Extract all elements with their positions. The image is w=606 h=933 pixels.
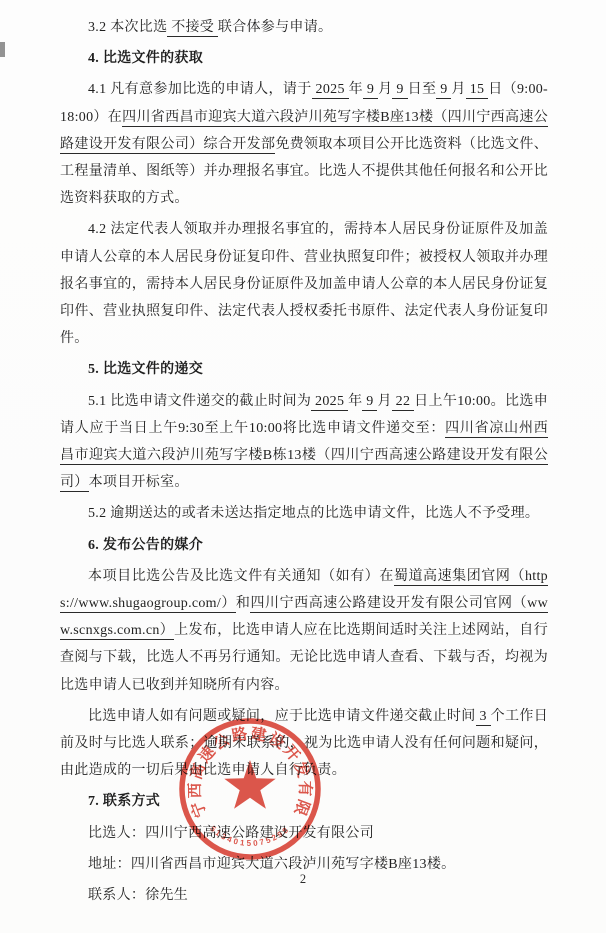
- text-segment: 3.2 本次比选: [88, 20, 167, 35]
- text-segment: 本项目开标室。: [89, 475, 189, 490]
- underlined-value: 2025: [312, 82, 349, 99]
- underlined-value: 2025: [311, 394, 348, 411]
- paragraph: 4.1 凡有意参加比选的申请人，请于 2025 年 9 月 9 日至 9 月 1…: [60, 76, 548, 212]
- text-segment: 月: [451, 82, 465, 97]
- text-segment: 4.1 凡有意参加比选的申请人，请于: [88, 82, 312, 97]
- text-segment: 本项目比选公告及比选文件有关通知（如有）在: [88, 569, 394, 584]
- section-heading: 4. 比选文件的获取: [60, 45, 548, 72]
- document-page: 3.2 本次比选 不接受 联合体参与申请。4. 比选文件的获取4.1 凡有意参加…: [0, 0, 606, 933]
- text-segment: 地址：四川省西昌市迎宾大道六段泸川苑写字楼B座13楼。: [88, 857, 455, 872]
- paragraph: 本项目比选公告及比选文件有关通知（如有）在蜀道高速集团官网（https://ww…: [60, 563, 548, 699]
- text-segment: 4.2 法定代表人领取并办理报名事宜的，需持本人居民身份证原件及加盖申请人公章的…: [60, 222, 548, 346]
- text-segment: 月: [377, 394, 391, 409]
- text-segment: 5. 比选文件的递交: [88, 362, 203, 377]
- underlined-value: 15: [466, 82, 488, 99]
- section-heading: 5. 比选文件的递交: [60, 356, 548, 383]
- document-body: 3.2 本次比选 不接受 联合体参与申请。4. 比选文件的获取4.1 凡有意参加…: [60, 14, 548, 909]
- text-segment: 和: [236, 596, 251, 611]
- text-segment: 比选人：四川宁西高速公路建设开发有限公司: [88, 826, 374, 841]
- paragraph: 5.1 比选申请文件递交的截止时间为 2025 年 9 月 22 日上午10:0…: [60, 388, 548, 497]
- underlined-value: 9: [362, 394, 377, 411]
- text-segment: 5.1 比选申请文件递交的截止时间为: [88, 394, 311, 409]
- paragraph: 比选人：四川宁西高速公路建设开发有限公司: [60, 820, 548, 847]
- underlined-value: 9: [436, 82, 451, 99]
- text-segment: 比选申请人如有问题或疑问，应于比选申请文件递交截止时间: [88, 709, 476, 724]
- text-segment: 4. 比选文件的获取: [88, 51, 203, 66]
- underlined-value: 3: [476, 709, 491, 726]
- scan-artifact: [0, 42, 5, 57]
- underlined-value: 9: [392, 82, 407, 99]
- text-segment: 日至: [408, 82, 437, 97]
- text-segment: 联系人：徐先生: [88, 888, 188, 903]
- underlined-value: 9: [363, 82, 378, 99]
- text-segment: 5.2 逾期送达的或者未送达指定地点的比选申请文件，比选人不予受理。: [88, 506, 539, 521]
- page-number: 2: [0, 872, 606, 887]
- paragraph: 3.2 本次比选 不接受 联合体参与申请。: [60, 14, 548, 41]
- text-segment: 6. 发布公告的媒介: [88, 538, 203, 553]
- underlined-value: 不接受: [167, 20, 218, 37]
- section-heading: 7. 联系方式: [60, 788, 548, 815]
- paragraph: 比选申请人如有问题或疑问，应于比选申请文件递交截止时间 3 个工作日前及时与比选…: [60, 703, 548, 785]
- text-segment: 7. 联系方式: [88, 794, 160, 809]
- underlined-value: 22: [392, 394, 414, 411]
- paragraph: 4.2 法定代表人领取并办理报名事宜的，需持本人居民身份证原件及加盖申请人公章的…: [60, 216, 548, 352]
- section-heading: 6. 发布公告的媒介: [60, 532, 548, 559]
- paragraph: 5.2 逾期送达的或者未送达指定地点的比选申请文件，比选人不予受理。: [60, 500, 548, 527]
- text-segment: 年: [348, 394, 362, 409]
- text-segment: 年: [349, 82, 363, 97]
- text-segment: 联合体参与申请。: [218, 20, 332, 35]
- text-segment: 月: [378, 82, 392, 97]
